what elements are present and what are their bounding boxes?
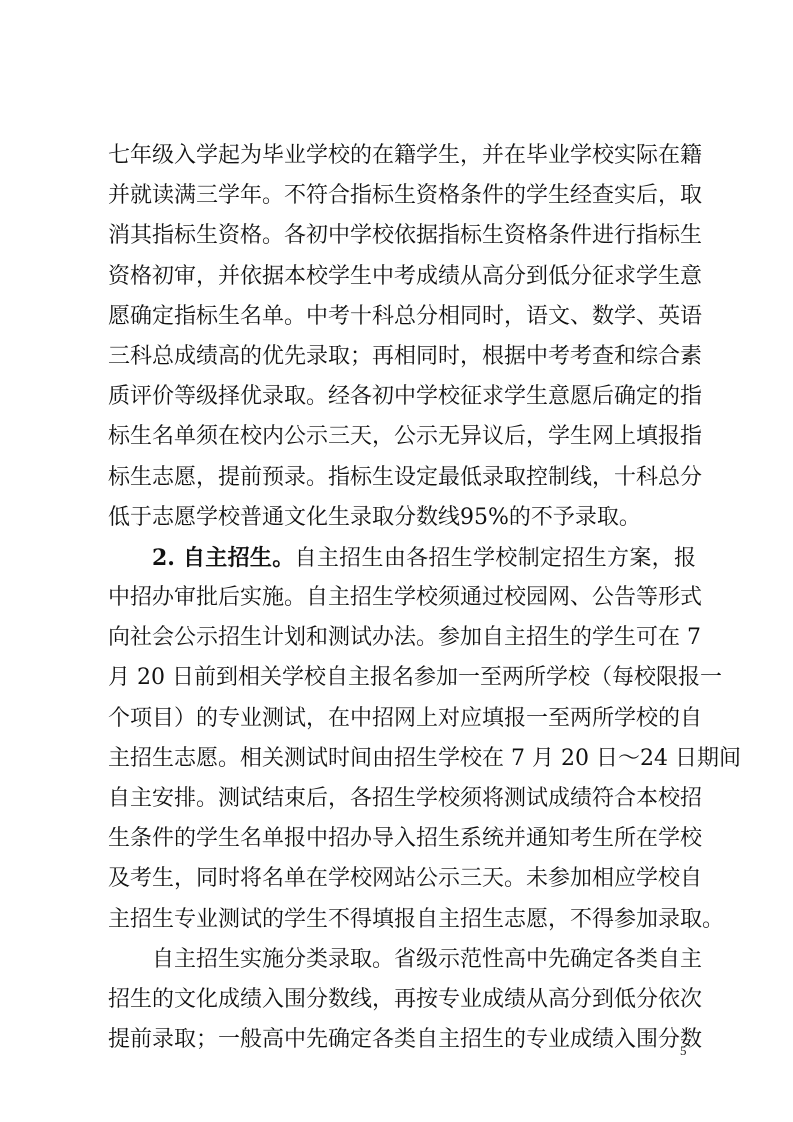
text-line: 七年级入学起为毕业学校的在籍学生，并在毕业学校实际在籍 <box>108 136 696 176</box>
text-line: 及考生，同时将名单在学校网站公示三天。未参加相应学校自 <box>108 859 696 899</box>
text-line: 生条件的学生名单报中招办导入招生系统并通知考生所在学校 <box>108 819 696 859</box>
text-line: 三科总成绩高的优先录取；再相同时，根据中考考查和综合素 <box>108 337 696 377</box>
paragraph-designated-students: 七年级入学起为毕业学校的在籍学生，并在毕业学校实际在籍 并就读满三学年。不符合指… <box>108 136 696 538</box>
text-line: 招生的文化成绩入围分数线，再按专业成绩从高分到低分依次 <box>108 980 696 1020</box>
text-line: 向社会公示招生计划和测试办法。参加自主招生的学生可在 7 <box>108 618 696 658</box>
page-number: 5 <box>680 1043 687 1059</box>
text-line: 2. 自主招生。自主招生由各招生学校制定招生方案，报 <box>108 538 696 578</box>
text-line: 标生名单须在校内公示三天，公示无异议后，学生网上填报指 <box>108 417 696 457</box>
text-line: 自主安排。测试结束后，各招生学校须将测试成绩符合本校招 <box>108 779 696 819</box>
text-line: 并就读满三学年。不符合指标生资格条件的学生经查实后，取 <box>108 176 696 216</box>
text-line: 低于志愿学校普通文化生录取分数线95%的不予录取。 <box>108 498 696 538</box>
text-line: 主招生专业测试的学生不得填报自主招生志愿，不得参加录取。 <box>108 900 696 940</box>
section-heading: 2. 自主招生。 <box>152 545 295 571</box>
text-line: 资格初审，并依据本校学生中考成绩从高分到低分征求学生意 <box>108 257 696 297</box>
paragraph-classified-admission: 自主招生实施分类录取。省级示范性高中先确定各类自主 招生的文化成绩入围分数线，再… <box>108 940 696 1061</box>
text-line: 愿确定指标生名单。中考十科总分相同时，语文、数学、英语 <box>108 297 696 337</box>
paragraph-independent-enrollment: 2. 自主招生。自主招生由各招生学校制定招生方案，报 中招办审批后实施。自主招生… <box>108 538 696 940</box>
text-line: 自主招生实施分类录取。省级示范性高中先确定各类自主 <box>108 940 696 980</box>
document-body: 七年级入学起为毕业学校的在籍学生，并在毕业学校实际在籍 并就读满三学年。不符合指… <box>108 136 696 1060</box>
text-line: 提前录取；一般高中先确定各类自主招生的专业成绩入围分数 <box>108 1020 696 1060</box>
document-page: 七年级入学起为毕业学校的在籍学生，并在毕业学校实际在籍 并就读满三学年。不符合指… <box>0 0 793 1122</box>
text-line: 消其指标生资格。各初中学校依据指标生资格条件进行指标生 <box>108 216 696 256</box>
text-line: 个项目）的专业测试，在中招网上对应填报一至两所学校的自 <box>108 699 696 739</box>
text-line: 质评价等级择优录取。经各初中学校征求学生意愿后确定的指 <box>108 377 696 417</box>
text-span: 自主招生由各招生学校制定招生方案，报 <box>295 546 696 571</box>
text-line: 标生志愿，提前预录。指标生设定最低录取控制线，十科总分 <box>108 458 696 498</box>
text-line: 主招生志愿。相关测试时间由招生学校在 7 月 20 日～24 日期间 <box>108 739 696 779</box>
text-line: 月 20 日前到相关学校自主报名参加一至两所学校（每校限报一 <box>108 658 696 698</box>
text-line: 中招办审批后实施。自主招生学校须通过校园网、公告等形式 <box>108 578 696 618</box>
